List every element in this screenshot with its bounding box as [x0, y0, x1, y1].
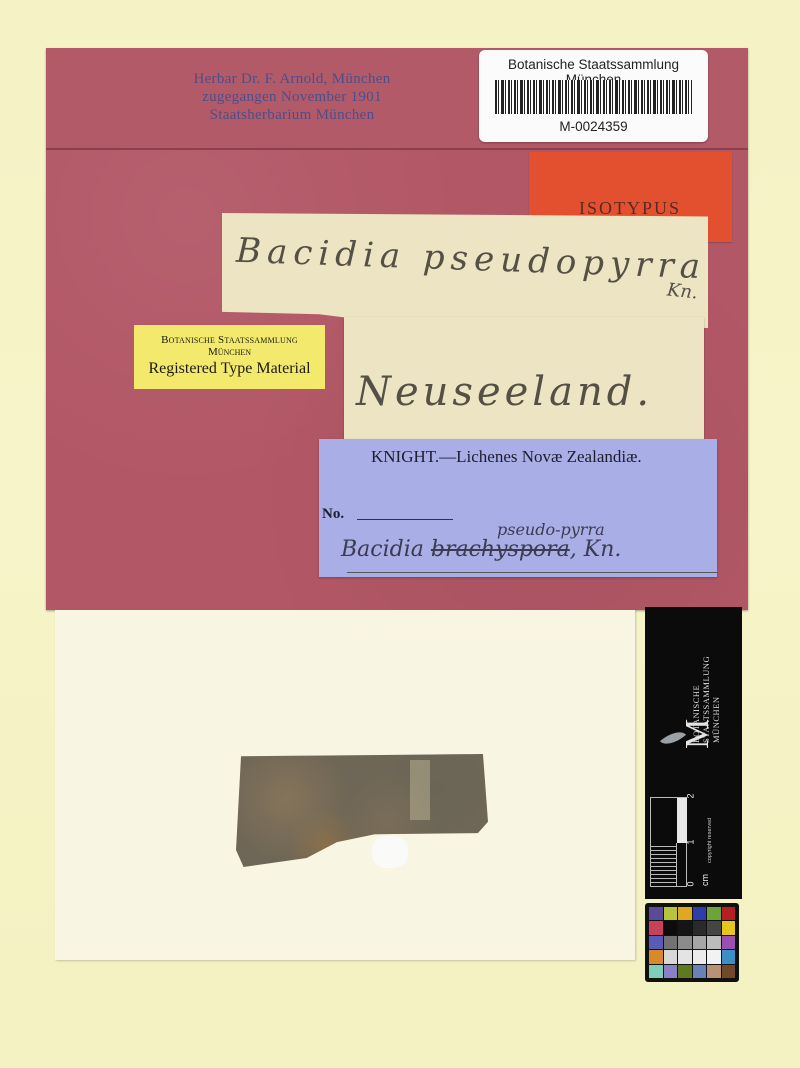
label-baseline	[347, 572, 717, 573]
unit-label: cm	[700, 874, 710, 886]
logo-line-1: BOTANISCHE	[691, 656, 701, 743]
institution-logo-text: BOTANISCHE STAATSSAMMLUNG MÜNCHEN	[691, 656, 721, 743]
color-swatch	[693, 907, 707, 920]
registered-institution: Botanische Staatssammlung	[134, 334, 325, 346]
knight-author: , Kn.	[570, 537, 622, 562]
color-swatch	[649, 950, 663, 963]
color-swatch	[649, 907, 663, 920]
knight-printed-label: KNIGHT.—Lichenes Novæ Zealandiæ. No. pse…	[319, 439, 717, 577]
color-swatch	[722, 936, 736, 949]
tick-1: 1	[686, 839, 696, 844]
color-swatch	[678, 950, 692, 963]
registered-title: Registered Type Material	[134, 360, 325, 378]
handwritten-author: Kn.	[666, 279, 699, 303]
color-swatch	[649, 965, 663, 978]
number-field-line	[357, 519, 453, 520]
scale-bar: M BOTANISCHE STAATSSAMMLUNG MÜNCHEN 2 1 …	[645, 607, 742, 899]
stamp-line-3: Staatsherbarium München	[142, 106, 442, 124]
registered-type-label: Botanische Staatssammlung München Regist…	[134, 325, 325, 389]
color-swatch	[664, 950, 678, 963]
tick-2: 2	[686, 793, 696, 798]
color-swatch	[707, 950, 721, 963]
number-field-label: No.	[322, 506, 344, 523]
knight-heading: KNIGHT.—Lichenes Novæ Zealandiæ.	[371, 447, 642, 467]
handwritten-locality: Neuseeland.	[356, 369, 653, 415]
logo-line-3: MÜNCHEN	[711, 656, 721, 743]
ruler-white-segment	[677, 798, 687, 843]
color-swatch	[678, 965, 692, 978]
color-swatch	[649, 936, 663, 949]
stamp-line-1: Herbar Dr. F. Arnold, München	[142, 70, 442, 88]
struck-epithet: brachyspora	[431, 537, 570, 562]
tick-0: 0	[686, 881, 696, 886]
color-swatch	[693, 950, 707, 963]
stamp-line-2: zugegangen November 1901	[142, 88, 442, 106]
handwritten-locality-label: Neuseeland.	[344, 317, 704, 439]
copyright-notice: copyright reserved	[707, 818, 713, 863]
genus: Bacidia	[341, 537, 424, 562]
color-swatch	[678, 907, 692, 920]
handwritten-name-label: Bacidia pseudopyrra Kn.	[222, 213, 708, 328]
color-calibration-chart	[645, 903, 739, 982]
centimeter-ruler	[650, 797, 687, 887]
color-swatch	[649, 921, 663, 934]
color-swatch	[664, 907, 678, 920]
color-swatch	[707, 965, 721, 978]
registered-city: München	[134, 346, 325, 358]
color-swatch	[707, 936, 721, 949]
color-swatch	[664, 921, 678, 934]
color-swatch	[707, 921, 721, 934]
color-swatch	[664, 965, 678, 978]
color-swatch	[693, 921, 707, 934]
color-swatch	[693, 936, 707, 949]
color-swatch	[722, 907, 736, 920]
knight-taxon-name: Bacidia brachyspora, Kn.	[341, 537, 621, 562]
catalog-number: M-0024359	[479, 119, 708, 134]
handwritten-taxon-name: Bacidia pseudopyrra	[235, 231, 706, 287]
color-swatch	[722, 965, 736, 978]
cotton-fiber	[372, 836, 408, 868]
barcode-icon	[495, 80, 692, 114]
color-swatch	[722, 950, 736, 963]
color-swatch	[693, 965, 707, 978]
color-swatch	[664, 936, 678, 949]
color-swatch	[722, 921, 736, 934]
color-swatch	[678, 921, 692, 934]
specimen-pale-streak	[410, 760, 430, 820]
logo-line-2: STAATSSAMMLUNG	[701, 656, 711, 743]
barcode-label: Botanische Staatssammlung München M-0024…	[479, 50, 708, 142]
color-swatch	[678, 936, 692, 949]
color-swatch	[707, 907, 721, 920]
herbarium-stamp: Herbar Dr. F. Arnold, München zugegangen…	[142, 70, 442, 124]
ruler-ticks	[651, 843, 677, 887]
